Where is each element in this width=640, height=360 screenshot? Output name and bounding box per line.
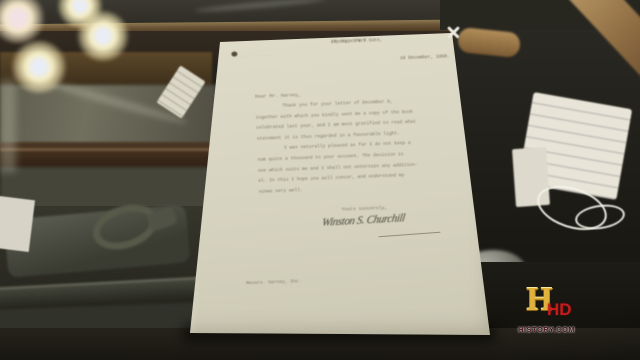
letter-recipient: Messrs. Harvey, Inc. [246, 279, 301, 286]
letter-salutation: Dear Mr. Harvey, [255, 93, 301, 100]
crest-caption: · · · · · · · [240, 54, 271, 59]
history-hd-watermark: H HD HISTORY.COM [516, 288, 606, 340]
letterhead-line: London, S.W.7. [331, 39, 369, 46]
ceiling-light-reflection [76, 10, 130, 62]
ceiling-light-reflection [10, 40, 68, 94]
handwritten-signature: Winston S. Churchill [321, 212, 406, 229]
hd-badge: HD [547, 300, 572, 320]
embossed-crest [231, 51, 237, 56]
letter-date: 16 December, 1950. [332, 54, 450, 64]
letter-body: Thank you for your letter of December 8,… [255, 95, 471, 198]
history-com-text: HISTORY.COM [518, 325, 575, 334]
letter-closing: Yours sincerely, [341, 206, 387, 213]
rifle-barrel-lower [0, 142, 222, 169]
typed-letter: · · · · · · · 28, Hyde Park Gate, London… [185, 26, 497, 340]
left-edge-glow [0, 80, 16, 172]
letter-content: · · · · · · · 28, Hyde Park Gate, London… [223, 35, 474, 336]
signature-underline [378, 232, 440, 238]
barrel-highlight [0, 148, 220, 151]
tv-frame: · · · · · · · 28, Hyde Park Gate, London… [0, 0, 640, 360]
